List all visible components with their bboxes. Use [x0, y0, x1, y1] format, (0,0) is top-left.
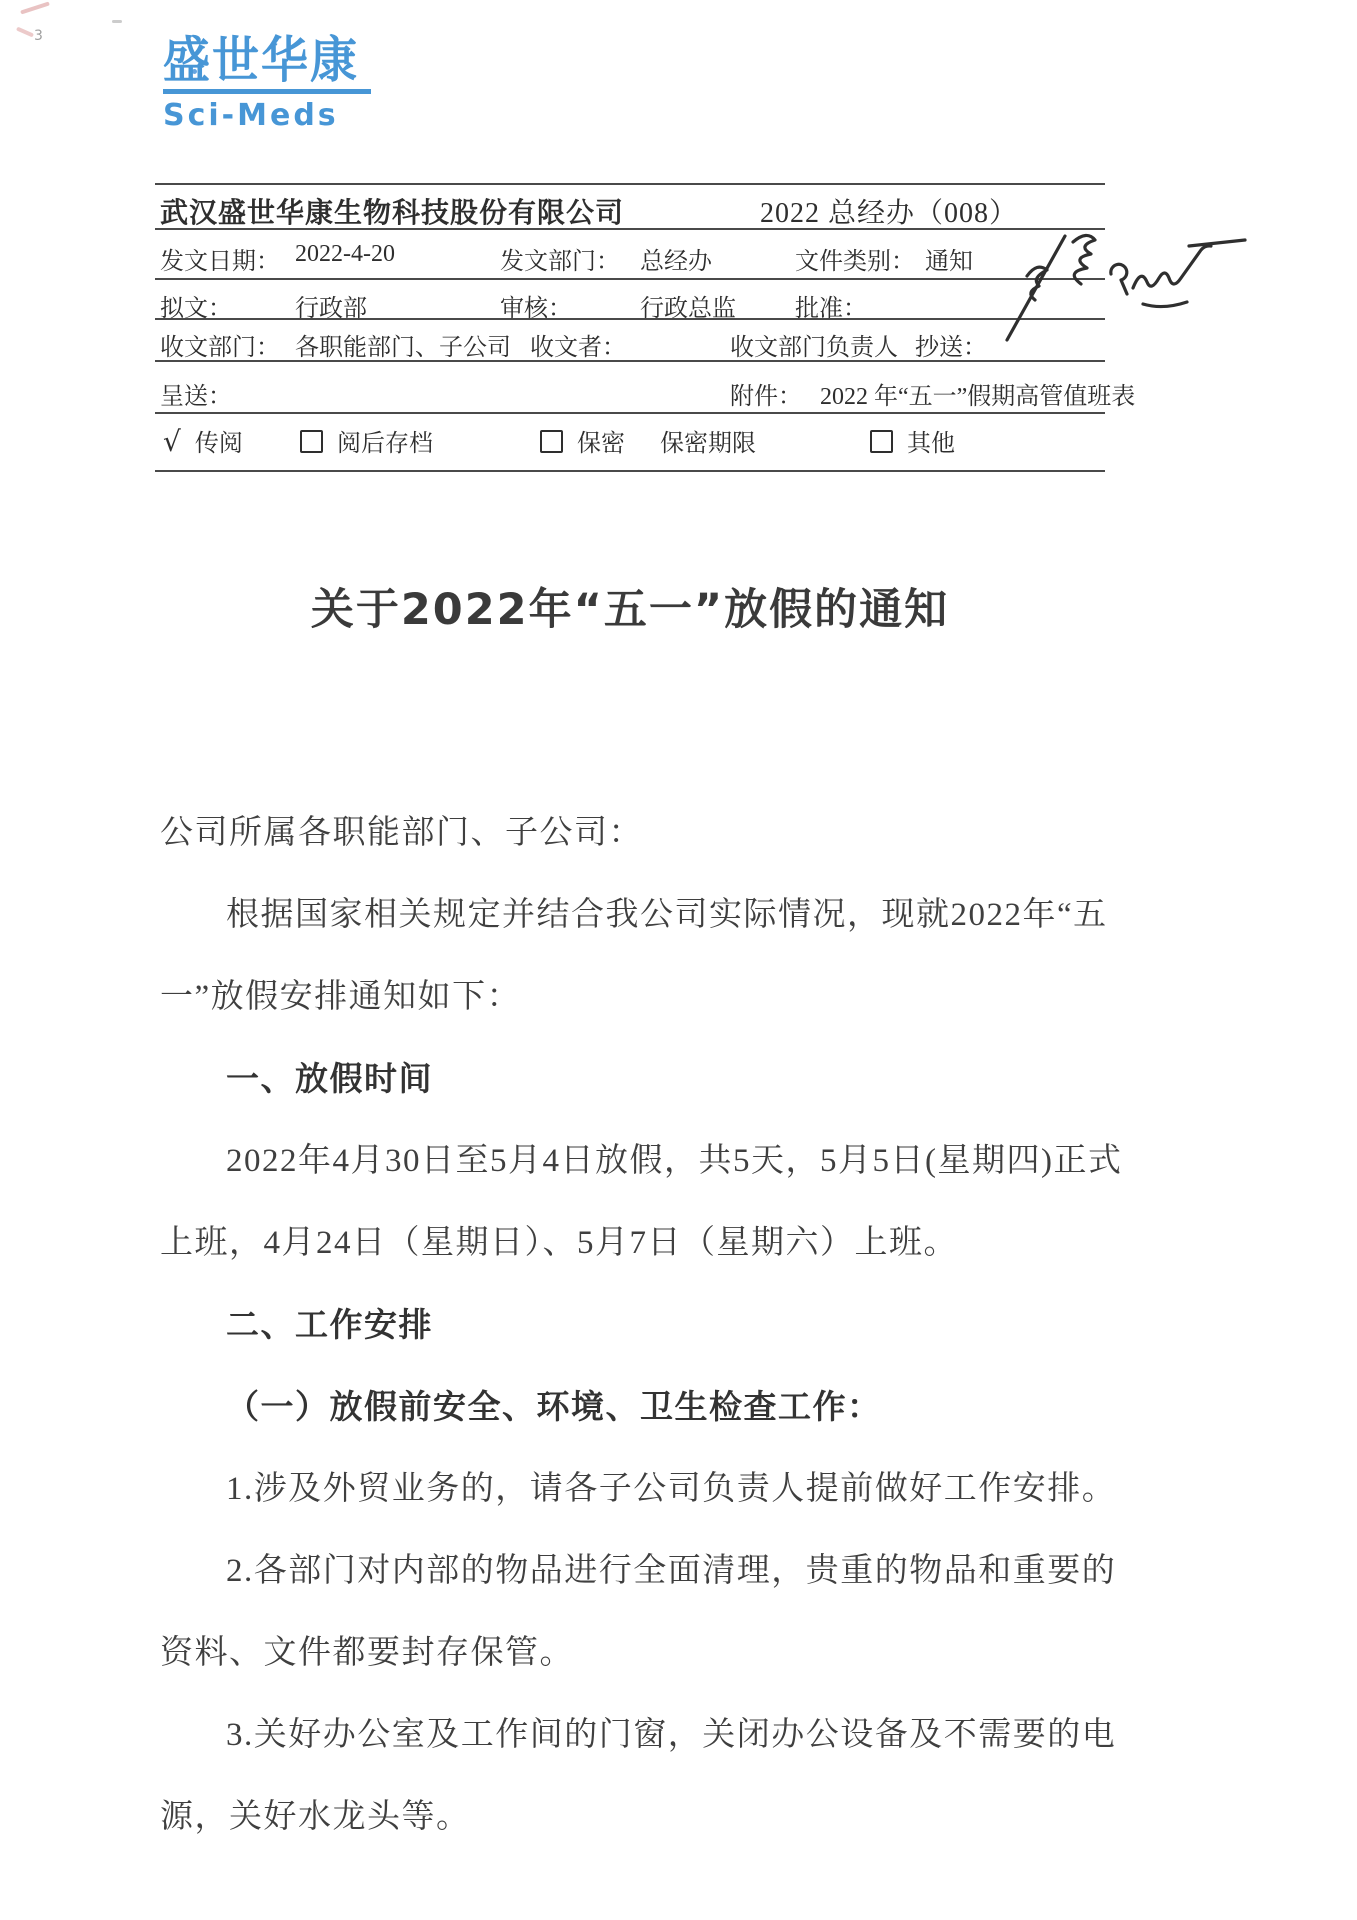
checkbox-unchecked-icon: [870, 430, 893, 453]
body-line: 源，关好水龙头等。: [160, 1776, 1110, 1858]
field-label: 审核：: [500, 288, 572, 323]
body-line: 根据国家相关规定并结合我公司实际情况，现就2022年“五: [160, 874, 1110, 956]
field-label: 呈送：: [160, 376, 232, 411]
table-rule: [155, 412, 1105, 414]
field-label: 发文日期：: [160, 241, 280, 276]
scan-artifact: 3: [34, 28, 43, 44]
field-label: 批准：: [795, 288, 867, 323]
check-item-other: 其他: [870, 423, 955, 458]
checkbox-unchecked-icon: [540, 430, 563, 453]
check-label: 阅后存档: [337, 431, 433, 457]
document-title: 关于2022年“五一”放假的通知: [155, 576, 1105, 637]
body-line: 一”放假安排通知如下：: [160, 956, 1110, 1038]
checkmark-icon: √: [163, 425, 181, 458]
field-value: 行政部: [295, 288, 367, 323]
field-label: 文件类别：: [795, 241, 915, 276]
body-line: 2022年4月30日至5月4日放假，共5天，5月5日(星期四)正式: [160, 1120, 1110, 1202]
scan-artifact: [112, 20, 122, 23]
check-label: 其他: [907, 431, 955, 457]
field-value: 通知: [925, 241, 973, 276]
body-line: 资料、文件都要封存保管。: [160, 1612, 1110, 1694]
field-value: 各职能部门、子公司: [295, 327, 511, 362]
scan-artifact: [16, 27, 34, 38]
body-line: 3.关好办公室及工作间的门窗，关闭办公设备及不需要的电: [160, 1694, 1110, 1776]
field-value: 行政总监: [640, 288, 736, 323]
check-label: 保密: [577, 431, 625, 457]
table-rule: [155, 183, 1105, 185]
section-heading-work-arrangement: 二、工作安排: [160, 1284, 1110, 1366]
subsection-heading-inspection: （一）放假前安全、环境、卫生检查工作：: [160, 1366, 1110, 1448]
field-label: 收文者：: [530, 327, 626, 362]
body-line: 2.各部门对内部的物品进行全面清理，贵重的物品和重要的: [160, 1530, 1110, 1612]
check-item-confidential: 保密: [540, 423, 625, 458]
section-heading-holiday-time: 一、放假时间: [160, 1038, 1110, 1120]
body-line-salutation: 公司所属各职能部门、子公司：: [160, 792, 1110, 874]
field-value: 总经办: [640, 241, 712, 276]
body-line: 1.涉及外贸业务的，请各子公司负责人提前做好工作安排。: [160, 1448, 1110, 1530]
document-page: 3 盛世华康 Sci-Meds 武汉盛世华康生物科技股份有限公司 2022 总经…: [0, 0, 1357, 1920]
confidential-period-label: 保密期限: [660, 423, 756, 458]
logo-underline: [163, 89, 371, 94]
company-logo: 盛世华康 Sci-Meds: [163, 36, 371, 133]
company-header-row: 武汉盛世华康生物科技股份有限公司 2022 总经办（008）: [155, 187, 1105, 228]
field-label: 收文部门：: [160, 327, 280, 362]
field-value: 2022-4-20: [295, 241, 395, 268]
body-line: 上班，4月24日（星期日）、5月7日（星期六）上班。: [160, 1202, 1110, 1284]
table-rule: [155, 278, 1105, 280]
attachment-title: 2022 年“五一”假期高管值班表: [820, 376, 1135, 411]
document-body: 公司所属各职能部门、子公司： 根据国家相关规定并结合我公司实际情况，现就2022…: [160, 792, 1110, 1858]
check-item-archive: 阅后存档: [300, 423, 433, 458]
logo-english-text: Sci-Meds: [163, 98, 371, 133]
company-name: 武汉盛世华康生物科技股份有限公司: [160, 191, 624, 231]
scan-artifact: [20, 1, 50, 14]
checkbox-unchecked-icon: [300, 430, 323, 453]
logo-chinese-text: 盛世华康: [163, 35, 371, 88]
field-label: 附件：: [730, 376, 802, 411]
table-rule: [155, 470, 1105, 472]
field-value: 收文部门负责人: [730, 327, 898, 362]
check-item-circulate: √传阅: [163, 423, 243, 458]
check-label: 传阅: [195, 431, 243, 457]
document-number: 2022 总经办（008）: [760, 191, 1018, 231]
field-label: 抄送：: [915, 327, 987, 362]
field-label: 拟文：: [160, 288, 232, 323]
field-label: 发文部门：: [500, 241, 620, 276]
approval-signature-image: [993, 218, 1263, 343]
